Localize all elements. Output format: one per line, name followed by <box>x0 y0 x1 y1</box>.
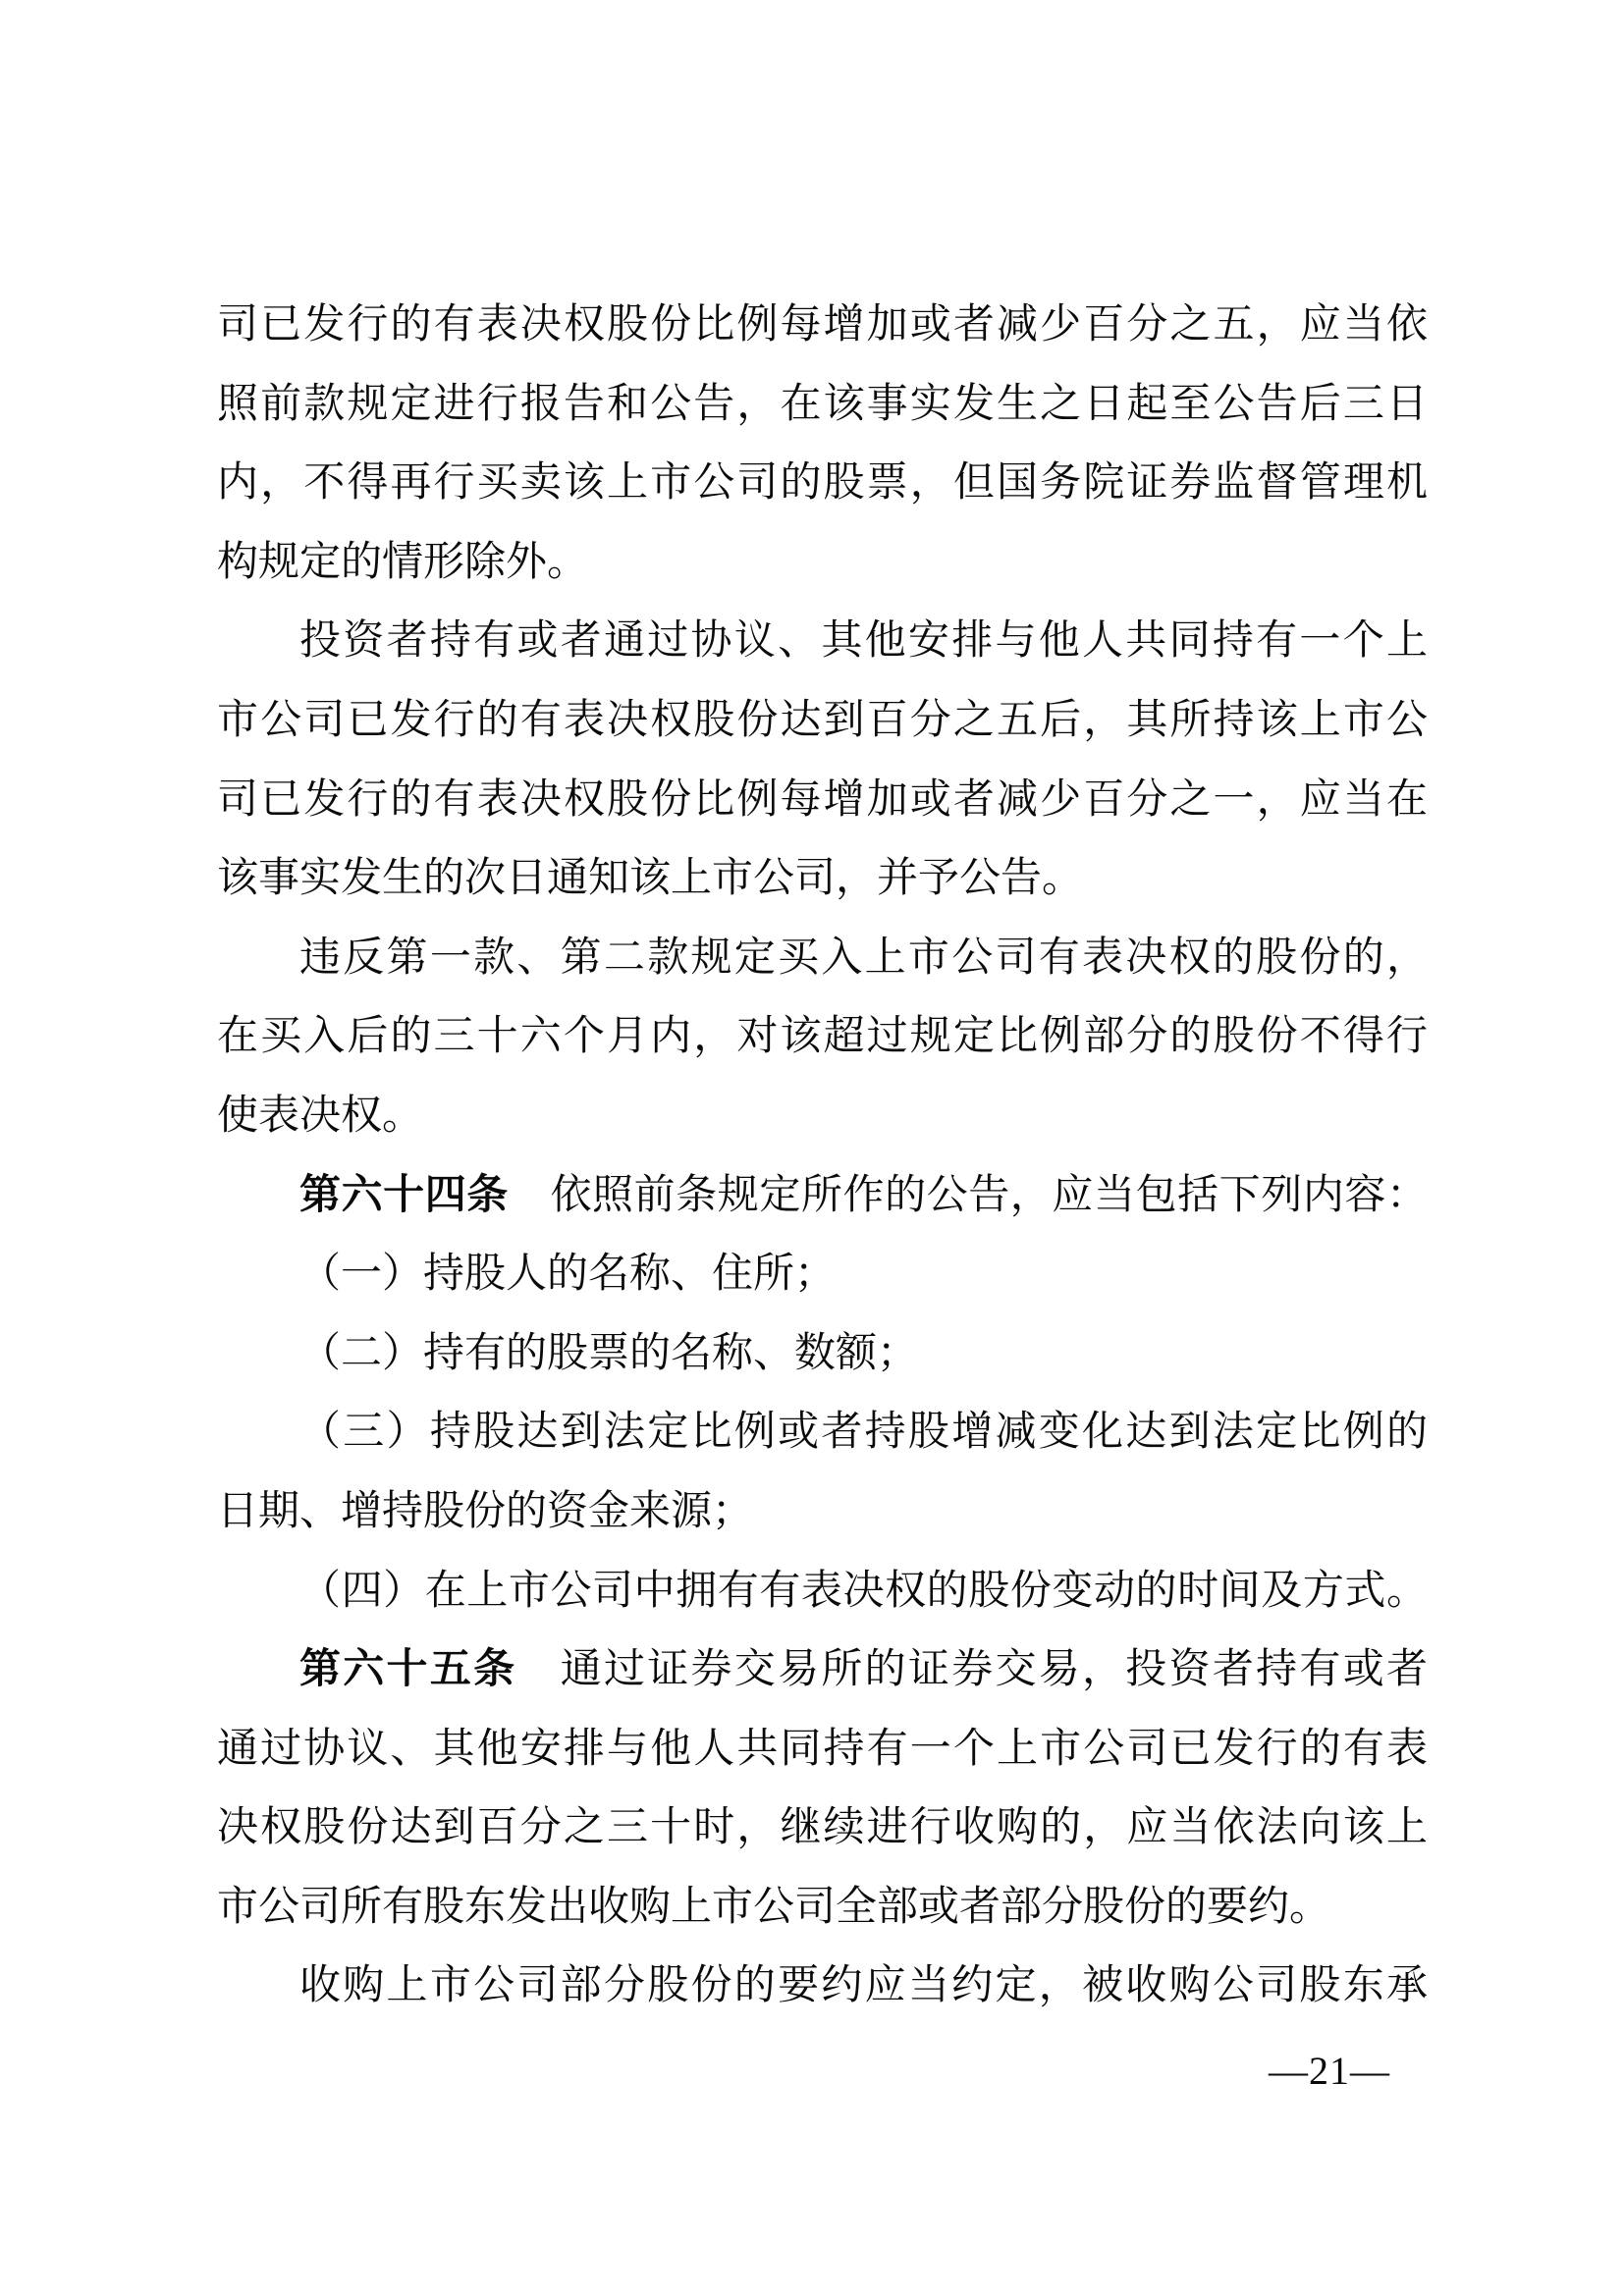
text-line: 日期、增持股份的资金来源； <box>217 1483 1428 1563</box>
text-line: 在买入后的三十六个月内，对该超过规定比例部分的股份不得行 <box>217 1008 1428 1088</box>
text-line: 构规定的情形除外。 <box>217 534 1428 614</box>
text-line: 收购上市公司部分股份的要约应当约定，被收购公司股东承 <box>217 1957 1428 2037</box>
text-block: 司已发行的有表决权股份比例每增加或者减少百分之五，应当依照前款规定进行报告和公告… <box>217 296 1428 2037</box>
article-number: 第六十五条 <box>299 1647 516 1692</box>
article-gap <box>516 1682 558 1682</box>
text-line: 决权股份达到百分之三十时，继续进行收购的，应当依法向该上 <box>217 1799 1428 1879</box>
article-gap <box>509 1207 550 1208</box>
document-page: 司已发行的有表决权股份比例每增加或者减少百分之五，应当依照前款规定进行报告和公告… <box>0 0 1624 2296</box>
article-number: 第六十四条 <box>299 1173 509 1218</box>
article-line: 第六十五条通过证券交易所的证券交易，投资者持有或者 <box>217 1641 1428 1721</box>
text-line: 内，不得再行买卖该上市公司的股票，但国务院证券监督管理机 <box>217 454 1428 534</box>
text-line: 司已发行的有表决权股份比例每增加或者减少百分之一，应当在 <box>217 772 1428 851</box>
text-line: 该事实发生的次日通知该上市公司，并予公告。 <box>217 850 1428 930</box>
text-line: （三）持股达到法定比例或者持股增减变化达到法定比例的 <box>217 1404 1428 1483</box>
text-line: （一）持股人的名称、住所； <box>217 1246 1428 1325</box>
article-line: 第六十四条依照前条规定所作的公告，应当包括下列内容： <box>217 1167 1428 1247</box>
page-number: —21— <box>1269 2050 1390 2093</box>
article-text: 依照前条规定所作的公告，应当包括下列内容： <box>550 1173 1428 1218</box>
text-line: 市公司已发行的有表决权股份达到百分之五后，其所持该上市公 <box>217 692 1428 772</box>
text-line: 司已发行的有表决权股份比例每增加或者减少百分之五，应当依 <box>217 296 1428 376</box>
text-line: （二）持有的股票的名称、数额； <box>217 1325 1428 1405</box>
text-line: （四）在上市公司中拥有有表决权的股份变动的时间及方式。 <box>217 1563 1428 1642</box>
text-line: 通过协议、其他安排与他人共同持有一个上市公司已发行的有表 <box>217 1721 1428 1800</box>
text-line: 照前款规定进行报告和公告，在该事实发生之日起至公告后三日 <box>217 376 1428 455</box>
article-text: 通过证券交易所的证券交易，投资者持有或者 <box>558 1647 1428 1692</box>
text-line: 投资者持有或者通过协议、其他安排与他人共同持有一个上 <box>217 613 1428 692</box>
text-line: 使表决权。 <box>217 1088 1428 1167</box>
text-line: 违反第一款、第二款规定买入上市公司有表决权的股份的， <box>217 930 1428 1009</box>
text-line: 市公司所有股东发出收购上市公司全部或者部分股份的要约。 <box>217 1879 1428 1958</box>
